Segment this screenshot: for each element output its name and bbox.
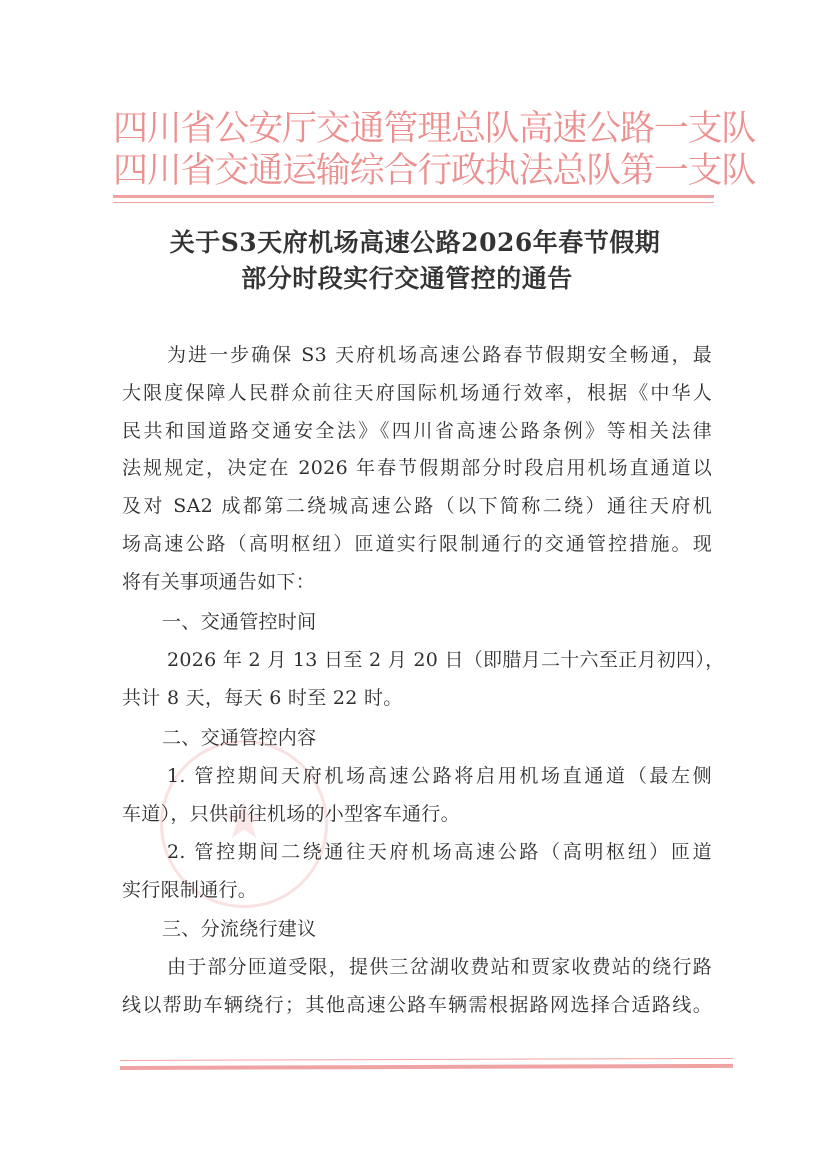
section-heading-3: 三、分流绕行建议 xyxy=(122,910,752,948)
body-line: 及对 SA2 成都第二绕城高速公路（以下简称二绕）通往天府机 xyxy=(122,487,712,525)
body-line: 线以帮助车辆绕行；其他高速公路车辆需根据路网选择合适路线。 xyxy=(122,986,712,1024)
body-line: 法规规定，决定在 2026 年春节假期部分时段启用机场直通道以 xyxy=(122,449,712,487)
body-line: 将有关事项通告如下： xyxy=(122,563,712,601)
document-body: 为进一步确保 S3 天府机场高速公路春节假期安全畅通，最 大限度保障人民群众前往… xyxy=(122,0,712,1170)
list-item-2: 2. 管控期间二绕通往天府机场高速公路（高明枢纽）匝道 xyxy=(122,833,712,871)
body-line: 场高速公路（高明枢纽）匝道实行限制通行的交通管控措施。现 xyxy=(122,525,712,563)
section-heading-2: 二、交通管控内容 xyxy=(122,719,752,757)
list-item-1: 1. 管控期间天府机场高速公路将启用机场直通道（最左侧 xyxy=(122,757,712,795)
section-heading-1: 一、交通管控时间 xyxy=(122,603,752,641)
document-page: 四川省公安厅交通管理总队高速公路一支队 四川省交通运输综合行政执法总队第一支队 … xyxy=(0,0,814,1170)
body-line: 共计 8 天，每天 6 时至 22 时。 xyxy=(122,679,712,717)
list-item-1-cont: 车道），只供前往机场的小型客车通行。 xyxy=(122,795,712,833)
body-line: 2026 年 2 月 13 日至 2 月 20 日（即腊月二十六至正月初四）， xyxy=(122,641,712,679)
body-line: 民共和国道路交通安全法》《四川省高速公路条例》等相关法律 xyxy=(122,412,712,450)
body-line: 为进一步确保 S3 天府机场高速公路春节假期安全畅通，最 xyxy=(122,336,712,374)
body-line: 大限度保障人民群众前往天府国际机场通行效率，根据《中华人 xyxy=(122,374,712,412)
list-item-2-cont: 实行限制通行。 xyxy=(122,871,712,909)
body-line: 由于部分匝道受限，提供三岔湖收费站和贾家收费站的绕行路 xyxy=(122,948,712,986)
